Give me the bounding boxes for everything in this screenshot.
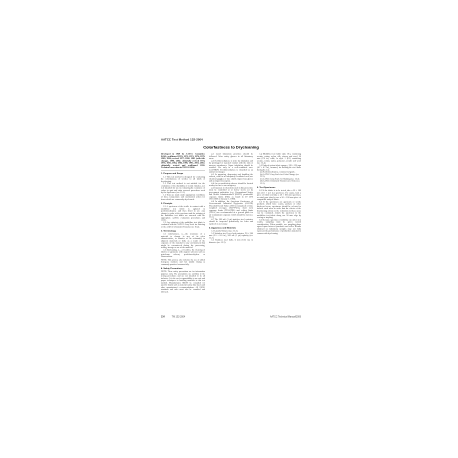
paragraph: 4.5 Exposure to chemicals used in this p…	[209, 187, 253, 201]
paragraph: 2.1 A specimen of the textile in contact…	[161, 205, 205, 221]
paragraph: 3.2 drycleaning, n.—of textiles, the cle…	[161, 249, 205, 258]
page-footer: 234 TM 132-2004 AATCC Technical Manual/2…	[161, 315, 301, 318]
paragraph: 5.3 Stainless steel balls, 6 mm (0.25 in…	[209, 239, 253, 244]
section-heading: 5. Apparatus and Materials	[209, 227, 253, 229]
paragraph: 6.3 Because specimen variability can aff…	[257, 219, 301, 235]
paragraph: 4.3 In preparing, dispensing and handlin…	[209, 173, 253, 182]
paragraph: 4.6 In addition, the American Conference…	[209, 200, 253, 218]
paragraph: NOTE: This process also includes the use…	[161, 259, 205, 266]
method-reference: TM 132-2004	[172, 315, 185, 318]
page-content: AATCC Test Method 132-2004 Colorfastness…	[161, 138, 301, 318]
paragraph: 1.2 This test method is not suitable for…	[161, 182, 205, 193]
column-3: 5.4 Multifiber test fabric style 10A, co…	[257, 153, 301, 309]
document-header: AATCC Test Method 132-2004	[161, 138, 301, 141]
section-heading: 6. Test Specimens	[257, 186, 301, 188]
development-note: Developed in 1969 by AATCC Committee RA4…	[161, 153, 205, 169]
page-title: Colorfastness to Drycleaning	[161, 145, 301, 149]
section-heading: 2. Principle	[161, 202, 205, 204]
paragraph: NOTE: These safety precautions are for i…	[161, 270, 205, 293]
footer-left: 234 TM 132-2004	[161, 315, 185, 318]
section-heading: 4. Safety Precautions	[161, 267, 205, 269]
column-1: Developed in 1969 by AATCC Committee RA4…	[161, 153, 205, 309]
column-2: 4.1 Good laboratory practices should be …	[209, 153, 253, 309]
paragraph: 1.3 Tests are made under appropriate con…	[161, 194, 205, 201]
paragraph: 6.2 If the specimens are garments or tex…	[257, 201, 301, 219]
paragraph: (d) AATCC Chromatic Transference Scale (…	[257, 180, 301, 185]
paragraph: 6.1 If the fabric is to be tested, take …	[257, 189, 301, 200]
paragraph: 4.2 Perchloroethylene is toxic by inhala…	[209, 160, 253, 174]
section-heading: 1. Purpose and Scope	[161, 172, 205, 174]
paragraph: 5.4 Multifiber test fabric style 10A, co…	[257, 153, 301, 164]
paragraph: 2.2 Any staining of the multifiber test …	[161, 221, 205, 228]
page-number: 234	[161, 315, 165, 318]
text-columns: Developed in 1969 by AATCC Committee RA4…	[161, 153, 301, 309]
manual-reference: AATCC Technical Manual/2006	[270, 315, 301, 318]
paragraph: 4.7 The 500 mL (1 pt) stainless steel ca…	[209, 218, 253, 225]
document-page: AATCC Test Method 132-2004 Colorfastness…	[0, 0, 458, 458]
section-heading: 3. Terminology	[161, 230, 205, 232]
paragraph: 3.1 colorfastness, n.—the resistance of …	[161, 233, 205, 249]
